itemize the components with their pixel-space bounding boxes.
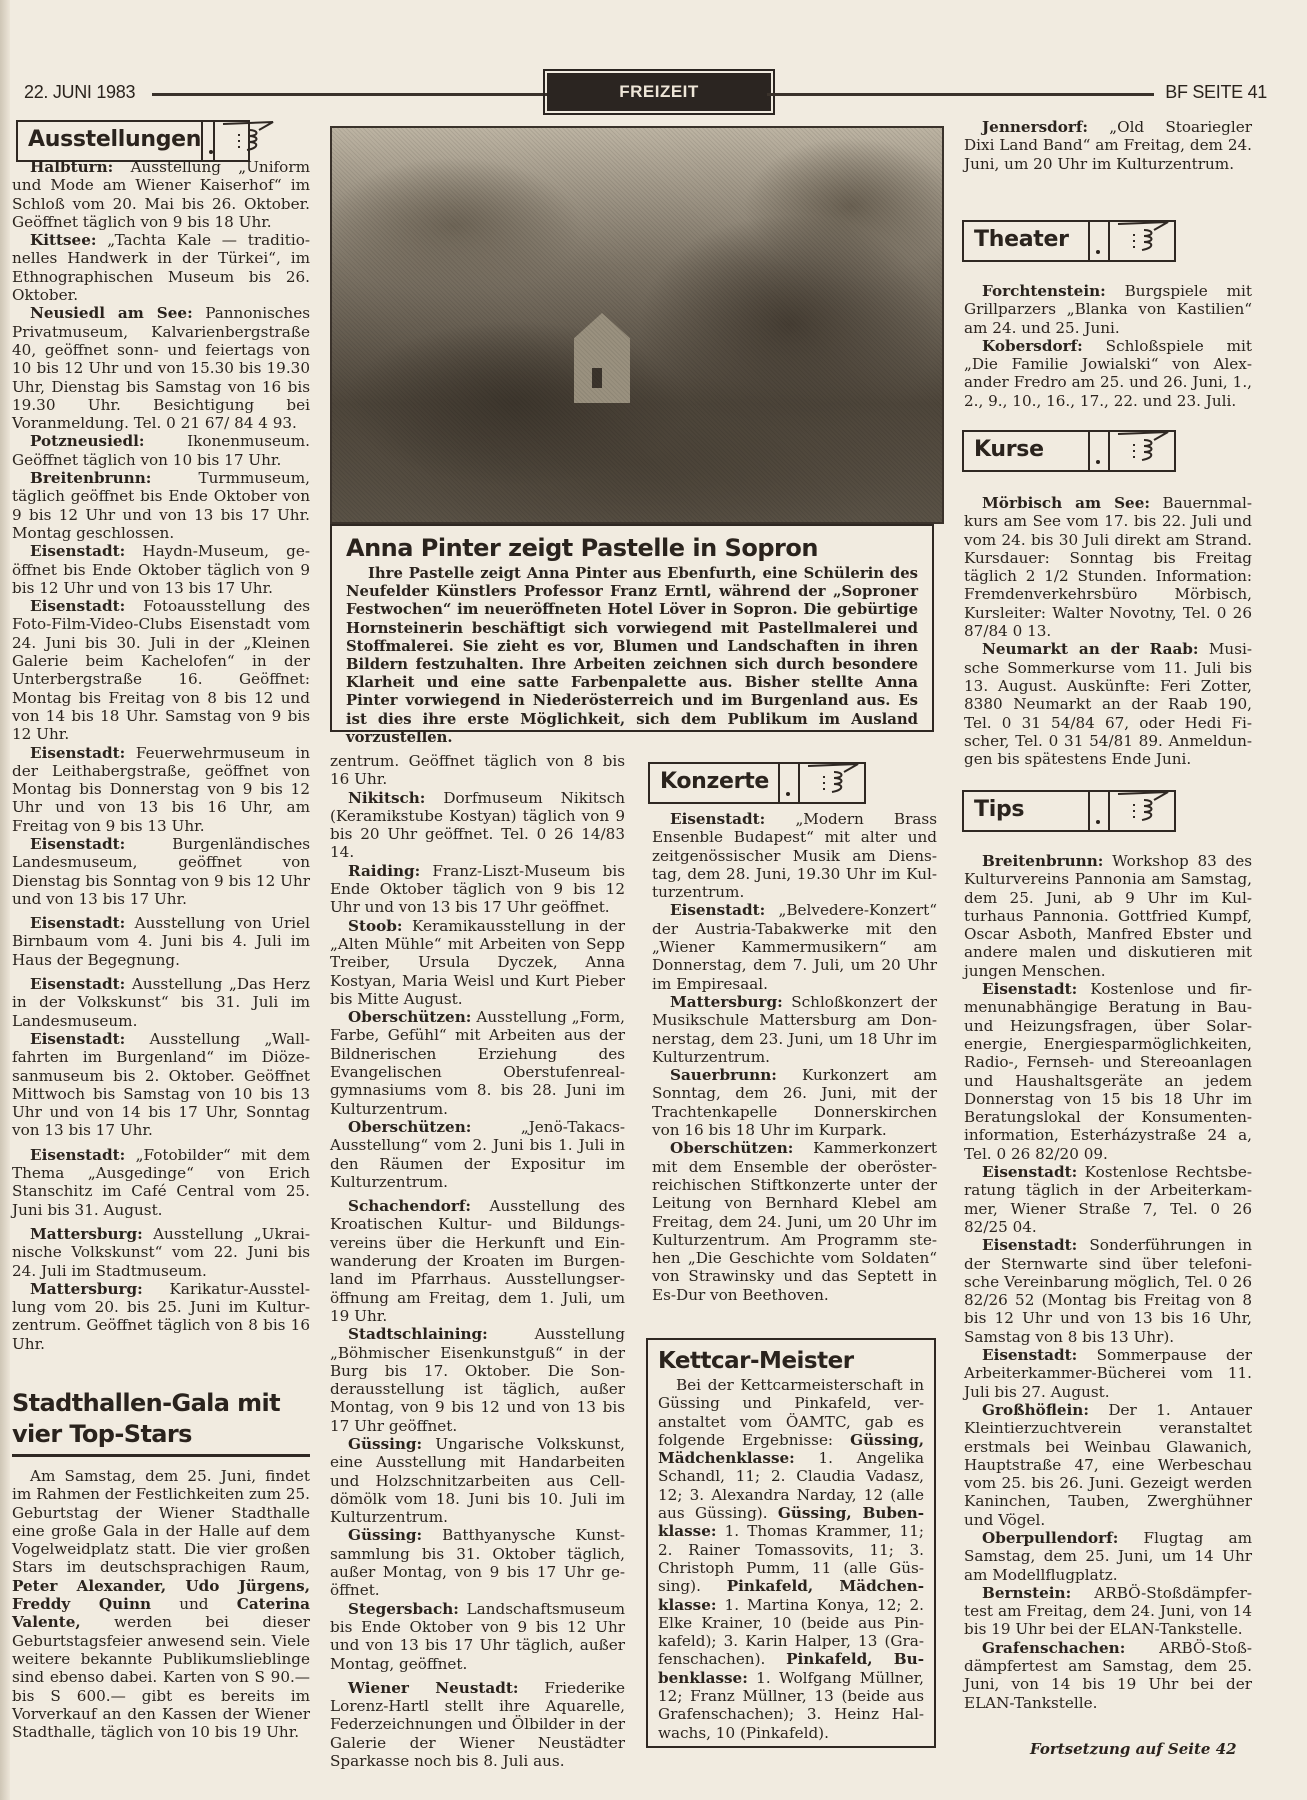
listing-place: Bernstein: bbox=[982, 1584, 1071, 1602]
section-badge-label: FREIZEIT bbox=[619, 82, 699, 102]
pointing-hand-icon bbox=[1110, 792, 1174, 830]
listing-item: Großhöflein: Der 1. Antauer Kleintierzuc… bbox=[964, 1401, 1252, 1529]
article-stadthallen-gala: Stadthallen-Gala mit vier Top-Stars Am S… bbox=[12, 1388, 310, 1741]
section-header-tips: Tips bbox=[962, 790, 1176, 832]
listing-place: Mattersburg: bbox=[670, 993, 783, 1011]
listing-place: Sauerbrunn: bbox=[670, 1066, 777, 1084]
column-ausstellungen-1: Halbturn: Ausstellung „Uniform und Mode … bbox=[12, 158, 310, 1353]
listing-place: Stegersbach: bbox=[348, 1600, 459, 1618]
listing-item: Eisenstadt: Ausstellung von Uriel Birnba… bbox=[12, 914, 310, 969]
listing-place: Eisenstadt: bbox=[670, 810, 765, 828]
article-body: Ihre Pastelle zeigt Anna Pinter aus Eben… bbox=[346, 565, 918, 747]
listing-place: Raiding: bbox=[348, 862, 420, 880]
header-rule-right bbox=[767, 93, 1154, 96]
listing-text: Der 1. Antauer Kleintierzuchtverein vera… bbox=[964, 1401, 1252, 1529]
listing-item: Forchtenstein: Burgspiele mit Grillparze… bbox=[964, 282, 1252, 337]
listing-item: Bernstein: ARBÖ-Stoßdämpfer­test am Frei… bbox=[964, 1584, 1252, 1639]
listing-place: Eisenstadt: bbox=[670, 901, 765, 919]
listing-item: Schachendorf: Ausstellung des Kroatische… bbox=[330, 1197, 625, 1325]
listing-place: Eisenstadt: bbox=[30, 542, 125, 560]
article-headline: Anna Pinter zeigt Pastelle in Sopron bbox=[346, 534, 918, 562]
listing-item: Halbturn: Ausstellung „Uniform und Mode … bbox=[12, 158, 310, 231]
pointing-hand-icon bbox=[800, 764, 864, 802]
listing-item: Oberpullendorf: Flugtag am Samstag, dem … bbox=[964, 1529, 1252, 1584]
listing-place: Nikitsch: bbox=[348, 789, 425, 807]
article-kettcar-meister: Kettcar-Meister Bei der Kettcarmeistersc… bbox=[646, 1338, 936, 1748]
listing-item: Mattersburg: Schloßkonzert der Musikschu… bbox=[652, 993, 937, 1066]
listing-place: Eisenstadt: bbox=[30, 744, 125, 762]
listing-item: Breitenbrunn: Turmmuseum, täglich geöffn… bbox=[12, 469, 310, 542]
listing-item: Mattersburg: Ausstellung „Ukrai­nische V… bbox=[12, 1225, 310, 1280]
column-tips: Breitenbrunn: Workshop 83 des Kulturvere… bbox=[964, 852, 1252, 1712]
listing-place: Wiener Neustadt: bbox=[348, 1679, 518, 1697]
pastel-landscape-image bbox=[330, 126, 944, 524]
listing-item: Neumarkt an der Raab: Musi­sche Sommerku… bbox=[964, 640, 1252, 768]
listing-item: Breitenbrunn: Workshop 83 des Kulturvere… bbox=[964, 852, 1252, 980]
listing-item: Eisenstadt: Sonderführungen in der Stern… bbox=[964, 1236, 1252, 1346]
issue-date: 22. JUNI 1983 bbox=[24, 82, 135, 103]
listing-text: Musi­sche Sommerkurse vom 11. Juli bis 1… bbox=[964, 640, 1252, 768]
listing-place: Eisenstadt: bbox=[982, 1236, 1077, 1254]
listing-continuation: zentrum. Geöffnet täglich von 8 bis 16 U… bbox=[330, 752, 625, 789]
listing-place: Neusiedl am See: bbox=[30, 304, 193, 322]
section-title: Tips bbox=[964, 792, 1088, 830]
listing-place: Mattersburg: bbox=[30, 1280, 143, 1298]
listing-place: Oberpullendorf: bbox=[982, 1529, 1118, 1547]
listing-place: Eisenstadt: bbox=[30, 1030, 125, 1048]
column-theater: Forchtenstein: Burgspiele mit Grillparze… bbox=[964, 282, 1252, 410]
article-text: werden bei dieser Geburtstagsfeier anwes… bbox=[12, 1613, 310, 1741]
listing-place: Stoob: bbox=[348, 917, 402, 935]
listing-text: Kostenlose und fir­menunabhängige Beratu… bbox=[964, 980, 1252, 1163]
column-ausstellungen-2: zentrum. Geöffnet täglich von 8 bis 16 U… bbox=[330, 752, 625, 1770]
section-header-kurse: Kurse bbox=[962, 430, 1176, 472]
header-rule-left bbox=[152, 93, 547, 96]
listing-place: Eisenstadt: bbox=[982, 1163, 1077, 1181]
listing-place: Güssing: bbox=[348, 1526, 422, 1544]
listing-item: Oberschützen: „Jenö-Takacs-Ausstellung“ … bbox=[330, 1118, 625, 1191]
listing-item: Oberschützen: Kammerkonzert mit dem Ense… bbox=[652, 1139, 937, 1304]
section-marker-dot bbox=[1088, 792, 1110, 830]
listing-text: Workshop 83 des Kulturvereins Pannonia a… bbox=[964, 852, 1252, 980]
listing-item: Eisenstadt: Fotoausstellung des Foto-Fil… bbox=[12, 597, 310, 743]
listing-item: Grafenschachen: ARBÖ-Stoß­dämpfertest am… bbox=[964, 1639, 1252, 1712]
article-text: Am Samstag, dem 25. Juni, findet im Rahm… bbox=[12, 1467, 310, 1576]
listing-place: Breitenbrunn: bbox=[30, 469, 151, 487]
article-anna-pinter: Anna Pinter zeigt Pastelle in Sopron Ihr… bbox=[330, 524, 934, 732]
listing-item: Eisenstadt: Sommerpause der Arbeiterkamm… bbox=[964, 1346, 1252, 1401]
section-title: Kurse bbox=[964, 432, 1088, 470]
column-kurse: Mörbisch am See: Bauernmal­kurs am See v… bbox=[964, 494, 1252, 768]
article-body: Am Samstag, dem 25. Juni, findet im Rahm… bbox=[12, 1467, 310, 1741]
listing-item: Raiding: Franz-Liszt-Museum bis Ende Okt… bbox=[330, 862, 625, 917]
listing-place: Eisenstadt: bbox=[982, 1346, 1077, 1364]
listing-item: Kittsee: „Tachta Kale — traditio­nelles … bbox=[12, 231, 310, 304]
listing-place: Halbturn: bbox=[30, 158, 113, 176]
pointing-hand-icon bbox=[1110, 222, 1174, 260]
listing-item: Oberschützen: Ausstellung „Form, Farbe, … bbox=[330, 1008, 625, 1118]
listing-place: Mörbisch am See: bbox=[982, 494, 1150, 512]
listing-place: Neumarkt an der Raab: bbox=[982, 640, 1199, 658]
listing-item: Eisenstadt: Feuerwehrmuseum in der Leith… bbox=[12, 744, 310, 835]
listing-item: Stadtschlaining: Ausstellung „Böhmischer… bbox=[330, 1325, 625, 1435]
listing-item: Güssing: Ungarische Volkskunst, eine Aus… bbox=[330, 1435, 625, 1526]
listing-place: Jennersdorf: bbox=[982, 118, 1088, 136]
section-title: Ausstellungen bbox=[18, 122, 201, 160]
listing-place: Breitenbrunn: bbox=[982, 852, 1103, 870]
page-edge-shadow bbox=[0, 0, 10, 1800]
listing-place: Großhöflein: bbox=[982, 1401, 1089, 1419]
listing-place: Potzneusiedl: bbox=[30, 432, 145, 450]
column-right: Jennersdorf: „Old Stoariegler Dixi Land … bbox=[964, 118, 1252, 173]
listing-text: Pannonisches Privatmuseum, Kalvarienberg… bbox=[12, 304, 310, 432]
listing-item: Eisenstadt: Burgenländisches Landesmuseu… bbox=[12, 835, 310, 908]
listing-place: Eisenstadt: bbox=[30, 975, 125, 993]
article-headline: Stadthallen-Gala mit vier Top-Stars bbox=[12, 1388, 310, 1457]
listing-place: Eisenstadt: bbox=[30, 835, 125, 853]
page-header: 22. JUNI 1983 FREIZEIT BF SEITE 41 bbox=[24, 80, 1267, 110]
section-header-theater: Theater bbox=[962, 220, 1176, 262]
section-marker-dot bbox=[778, 764, 800, 802]
listing-place: Kobersdorf: bbox=[982, 337, 1083, 355]
listing-item: Stegersbach: Landschaftsmu­seum bis Ende… bbox=[330, 1600, 625, 1673]
section-header-konzerte: Konzerte bbox=[648, 762, 866, 804]
listing-item: Nikitsch: Dorfmuseum Nikitsch (Keramikst… bbox=[330, 789, 625, 862]
listing-item: Eisenstadt: Ausstellung „Das Herz in der… bbox=[12, 975, 310, 1030]
listing-item: Eisenstadt: Kostenlose und fir­menunabhä… bbox=[964, 980, 1252, 1163]
listing-place: Oberschützen: bbox=[670, 1139, 793, 1157]
listing-text: Bauernmal­kurs am See vom 17. bis 22. Ju… bbox=[964, 494, 1252, 640]
listing-place: Mattersburg: bbox=[30, 1225, 143, 1243]
listing-text: Kammerkonzert mit dem Ensemble der oberö… bbox=[652, 1139, 937, 1303]
section-title: Konzerte bbox=[650, 764, 778, 802]
column-konzerte: Eisenstadt: „Modern Brass Ensenble Budap… bbox=[652, 810, 937, 1304]
article-body: Bei der Kettcarmeisterschaft in Güssing … bbox=[658, 1376, 924, 1742]
pointing-hand-icon bbox=[1110, 432, 1174, 470]
listing-item: Eisenstadt: „Belvedere-Konzert“ der Aust… bbox=[652, 901, 937, 992]
listing-place: Eisenstadt: bbox=[30, 914, 125, 932]
listing-item: Mattersburg: Karikatur-Ausstel­lung vom … bbox=[12, 1280, 310, 1353]
listing-item: Güssing: Batthyanysche Kunst­sammlung bi… bbox=[330, 1526, 625, 1599]
section-title: Theater bbox=[964, 222, 1088, 260]
listing-place: Schachendorf: bbox=[348, 1197, 471, 1215]
section-marker-dot bbox=[1088, 432, 1110, 470]
listing-place: Güssing: bbox=[348, 1435, 422, 1453]
section-marker-dot bbox=[1088, 222, 1110, 260]
listing-place: Oberschützen: bbox=[348, 1008, 471, 1026]
listing-item: Eisenstadt: Kostenlose Rechtsbe­ratung t… bbox=[964, 1163, 1252, 1236]
listing-item: Eisenstadt: Haydn-Museum, ge­öffnet bis … bbox=[12, 542, 310, 597]
listing-place: Stadtschlaining: bbox=[348, 1325, 488, 1343]
listing-item: Eisenstadt: „Fotobilder“ mit dem Thema „… bbox=[12, 1146, 310, 1219]
continuation-note: Fortsetzung auf Seite 42 bbox=[1030, 1740, 1237, 1758]
pointing-hand-icon bbox=[215, 122, 248, 160]
listing-item: Stoob: Keramikausstellung in der „Alten … bbox=[330, 917, 625, 1008]
listing-place: Eisenstadt: bbox=[982, 980, 1077, 998]
listing-place: Eisenstadt: bbox=[30, 597, 125, 615]
listing-item: Mörbisch am See: Bauernmal­kurs am See v… bbox=[964, 494, 1252, 640]
listing-place: Forchtenstein: bbox=[982, 282, 1106, 300]
page-number: BF SEITE 41 bbox=[1165, 82, 1267, 103]
listing-item: Sauerbrunn: Kurkonzert am Sonntag, dem 2… bbox=[652, 1066, 937, 1139]
listing-place: Grafenschachen: bbox=[982, 1639, 1125, 1657]
listing-item: Eisenstadt: „Modern Brass Ensenble Budap… bbox=[652, 810, 937, 901]
listing-item: Eisenstadt: Ausstellung „Wall­fahrten im… bbox=[12, 1030, 310, 1140]
section-marker-dot bbox=[201, 122, 214, 160]
listing-item: Neusiedl am See: Pannonisches Privatmuse… bbox=[12, 304, 310, 432]
listing-item: Jennersdorf: „Old Stoariegler Dixi Land … bbox=[964, 118, 1252, 173]
article-text: und bbox=[179, 1595, 208, 1613]
listing-text: Fotoausstellung des Foto-Film-Video-Club… bbox=[12, 597, 310, 743]
section-badge: FREIZEIT bbox=[547, 73, 771, 111]
listing-item: Potzneusiedl: Ikonenmuseum. Geöffnet täg… bbox=[12, 432, 310, 469]
listing-place: Eisenstadt: bbox=[30, 1146, 125, 1164]
house-in-painting bbox=[574, 313, 630, 403]
section-header-ausstellungen: Ausstellungen bbox=[16, 120, 250, 162]
listing-place: Kittsee: bbox=[30, 231, 96, 249]
listing-text: Ausstellung des Kroatischen Kultur- und … bbox=[330, 1197, 625, 1325]
listing-item: Kobersdorf: Schloßspiele mit „Die Famili… bbox=[964, 337, 1252, 410]
article-headline: Kettcar-Meister bbox=[658, 1348, 924, 1374]
listing-item: Wiener Neustadt: Friederike Lorenz-Hartl… bbox=[330, 1679, 625, 1770]
listing-place: Oberschützen: bbox=[348, 1118, 471, 1136]
